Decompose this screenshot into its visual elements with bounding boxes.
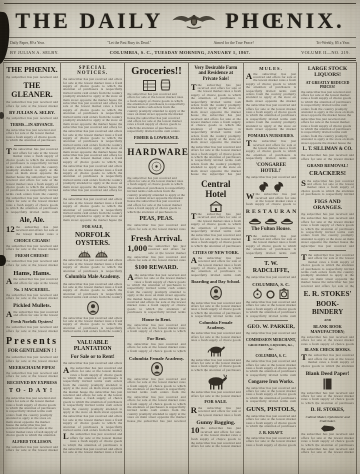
barrel-icon	[160, 79, 171, 91]
body-text: 1,000the subscriber has just received an…	[127, 245, 185, 255]
radcliffe-heading: T. W. RADCLIFFE,	[246, 261, 296, 274]
newspaper-column-2: SPECIAL NOTICES.the subscriber has just …	[61, 63, 125, 474]
for-sale-heading-2: FOR SALE.	[191, 400, 241, 405]
today-heading: TO-DAY!	[6, 388, 58, 395]
drop-cap: S	[301, 180, 306, 187]
body-text: the subscriber has just received and off…	[246, 415, 296, 429]
body-text: the subscriber has just received and off…	[301, 213, 354, 216]
drop-cap: A	[127, 274, 133, 281]
cigars-ad-heading: CHOICE CIGARS!	[6, 239, 58, 244]
body-text: the subscriber has just received and off…	[127, 177, 185, 214]
dh-stokes-heading: D. H. STOKES,	[301, 408, 354, 414]
drop-cap: W	[246, 193, 255, 200]
house-icon	[209, 201, 223, 212]
divider-rule	[254, 320, 288, 321]
stokes-heading: E. R. STOKES'	[301, 290, 354, 298]
body-text: the subscriber has just received and off…	[191, 332, 241, 342]
body-text: 10the subscriber has just received and o…	[191, 427, 241, 441]
body-text: Sthe subscriber has just received and of…	[301, 180, 354, 197]
drop-cap: 1,000	[127, 245, 147, 252]
drop-cap: 10	[191, 427, 200, 434]
drop-cap: T	[191, 213, 197, 220]
radcliffe-city-line: COLUMBIA, S. C.	[246, 282, 296, 287]
figs-oranges-heading: FIGS AND ORANGES.	[301, 199, 354, 212]
newspaper-page: THE DAILY PHŒNIX. Daily Paper, $9 a Year…	[0, 0, 360, 474]
body-text: Tthe subscriber has just received and of…	[191, 84, 241, 145]
manufactory-heading: BLANK BOOK MANUFACTORY;	[301, 325, 354, 334]
body-text: the subscriber has just received and off…	[127, 93, 185, 134]
dish-icon	[249, 217, 261, 225]
iron-works-heading: Congaree Iron Works.	[246, 380, 296, 385]
body-text: the subscriber has just received and off…	[6, 117, 58, 120]
drop-cap: A	[6, 278, 12, 285]
portrait-icon	[210, 286, 222, 300]
ad-illustration-row	[63, 301, 122, 315]
motto-right: Aimed for the True Peace!	[213, 41, 253, 45]
divider-rule	[71, 336, 114, 337]
ad-illustration-row	[246, 181, 296, 192]
plantation-subheading: For Sale or to Rent!	[63, 355, 122, 361]
phoenix-column-heading: THE PHŒNIX.	[6, 66, 58, 74]
body-text: the subscriber has just received and off…	[63, 78, 122, 129]
column-area: THE PHŒNIX.the subscriber has just recei…	[3, 62, 357, 474]
dateline: COLUMBIA, S. C., TUESDAY MORNING, JANUAR…	[110, 50, 251, 55]
pipes-ad-heading: MEERSCHAUM PIPES!	[6, 366, 58, 371]
body-text: the subscriber has just received and off…	[301, 91, 354, 145]
body-text: the subscriber has just received and off…	[6, 101, 58, 108]
body-text: Tthe subscriber has just received and of…	[6, 148, 58, 196]
body-text: the subscriber has just received and off…	[6, 326, 58, 333]
oyster-icon	[78, 249, 91, 258]
body-text: the subscriber has just received and off…	[301, 392, 354, 406]
paper-title-right: PHŒNIX.	[225, 8, 344, 34]
body-text: the subscriber has just received and off…	[301, 448, 354, 455]
body-text: the subscriber has just received and off…	[246, 176, 296, 179]
horse-icon	[207, 344, 225, 357]
body-text: the subscriber has just received and off…	[127, 324, 185, 334]
oysters-ad-heading: Fresh Norfolk Oysters!	[6, 320, 58, 325]
congaree-hotel-heading: 'CONGAREE HOTEL!'	[246, 163, 296, 174]
reward-heading: $100 REWARD.	[127, 265, 185, 272]
body-text: the subscriber has just received and off…	[191, 302, 241, 319]
body-text: Athe subscriber has just received and of…	[6, 311, 58, 318]
mullets-ad-heading: Pickled Mullets.	[6, 303, 58, 309]
male-academy-heading: Columbia Male Academy.	[63, 275, 122, 281]
body-text: the subscriber has just received and off…	[191, 234, 241, 248]
express-heading: RECEIVED BY EXPRESS	[6, 381, 58, 386]
body-text: the subscriber has just received and off…	[6, 446, 58, 453]
groceries-heading: Groceries!!	[127, 66, 185, 78]
ring-icon	[266, 290, 275, 299]
ad-illustration-row	[301, 378, 354, 390]
book-icon	[323, 378, 332, 390]
mackerel-ad-heading: No. 1 MACKEREL.	[6, 288, 58, 293]
commission-merchant-line: COMMISSION MERCHANT,	[246, 338, 296, 342]
newspaper-column-6: LARGE STOCK LIQUORS!AT GREATLY REDUCED P…	[299, 63, 357, 474]
and-line: AND	[301, 319, 354, 323]
body-text: the subscriber has just received and off…	[6, 129, 58, 143]
body-text: the subscriber has just received and off…	[6, 372, 58, 379]
drop-cap: A	[191, 257, 197, 264]
restaurant-heading: RESTAURANT!	[246, 209, 296, 215]
reduced-prices-subheading: AT GREATLY REDUCED PRICES!	[301, 81, 354, 90]
presents-ad-heading: Presents	[6, 336, 58, 347]
eagle-emblem-icon	[171, 11, 217, 31]
fisher-lowrance-signature: FISHER & LOWRANCE.	[127, 136, 185, 140]
body-text: Tthe subscriber has just received and of…	[191, 213, 241, 233]
subscription-daily: Daily Paper, $9 a Year.	[10, 41, 45, 45]
turkey-icon	[273, 181, 284, 192]
drop-cap: T	[6, 148, 12, 155]
body-text: the subscriber has just received and off…	[63, 130, 122, 164]
body-text: the subscriber has just received and off…	[246, 332, 296, 335]
body-text: Lthe subscriber has just received and of…	[63, 433, 122, 447]
body-text: Tthe subscriber has just received and of…	[246, 235, 296, 255]
drop-cap: L	[63, 433, 69, 440]
paper-title-left: THE DAILY	[15, 8, 163, 34]
body-text: Athe subscriber has just received and of…	[246, 73, 296, 104]
dish-icon	[281, 217, 293, 225]
portrait-icon	[151, 362, 163, 376]
body-text: the subscriber has just received and off…	[63, 317, 122, 334]
body-text: the subscriber has just received and off…	[246, 301, 296, 318]
divider-rule	[254, 257, 288, 258]
silliman-signature: L. T. SILLIMAN & CO.	[301, 147, 354, 152]
body-text: the subscriber has just received and off…	[6, 397, 58, 438]
body-text: the subscriber has just received and off…	[63, 415, 122, 432]
mule-icon	[205, 374, 227, 390]
body-text: the subscriber has just received and off…	[301, 217, 354, 248]
central-hotel-heading: Central Hotel	[191, 179, 241, 199]
coffin-icon	[320, 425, 336, 432]
ad-illustration-row	[127, 362, 185, 376]
body-text: the subscriber has just received and off…	[63, 362, 122, 365]
drop-cap: A	[6, 311, 12, 318]
tolleson-signature: ALFRED TOLLESON.	[6, 440, 58, 444]
body-text: Rthe subscriber has just received and of…	[191, 407, 241, 417]
motto-left: "Let the Past Bury its Dead."	[107, 41, 151, 45]
divider-rule	[135, 143, 177, 144]
body-text: the subscriber has just received and off…	[63, 165, 122, 192]
newspaper-column-1: THE PHŒNIX.the subscriber has just recei…	[3, 63, 61, 474]
liquors-heading: LARGE STOCK LIQUORS!	[301, 66, 354, 78]
body-text: Athe subscriber has just received and of…	[63, 367, 122, 415]
drop-cap: 12	[6, 226, 15, 233]
divider-rule	[14, 145, 50, 146]
body-text: the subscriber has just received and off…	[191, 359, 241, 373]
ad-illustration-row	[127, 158, 185, 175]
book-bindery-heading: BOOK-BINDERY	[301, 301, 354, 316]
body-text: the subscriber has just received and off…	[127, 256, 185, 263]
body-text: the subscriber has just received and off…	[246, 276, 296, 279]
house-rent-heading: House to Rent.	[127, 317, 185, 322]
body-text: the subscriber has just received and off…	[127, 378, 185, 395]
oyster-icon	[95, 249, 108, 258]
for-rent-heading: For Rent.	[127, 336, 185, 341]
body-text: the subscriber has just received and off…	[63, 198, 122, 222]
body-text: the subscriber has just received and off…	[246, 104, 296, 131]
masthead-title-row: THE DAILY PHŒNIX.	[4, 5, 356, 37]
body-text: the subscriber has just received and off…	[6, 294, 58, 301]
masthead-sub-row: Daily Paper, $9 a Year. "Let the Past Bu…	[4, 37, 356, 48]
ad-illustration-row	[191, 201, 241, 212]
body-text: 12the subscriber has just received and o…	[6, 226, 58, 236]
mules-heading: MULES.	[246, 66, 296, 71]
newspaper-column-4: Very Desirable Farm and Residence at Pri…	[189, 63, 244, 474]
drop-cap: T	[246, 140, 252, 147]
hams-ad-heading: Hams, Hams.	[6, 270, 58, 277]
body-text: the subscriber has just received and off…	[246, 437, 296, 447]
ad-illustration-row	[301, 425, 354, 432]
fresh-arrival-heading: Fresh Arrival.	[127, 234, 185, 244]
body-text: the subscriber has just received and off…	[63, 259, 122, 273]
peas-heading: PEAS, PEAS.	[127, 216, 185, 222]
drop-cap: T	[301, 254, 307, 261]
body-text: the subscriber has just received and off…	[246, 387, 296, 404]
body-text: Athe subscriber has just received and of…	[6, 278, 58, 285]
body-text: Athe subscriber has just received and of…	[127, 274, 185, 315]
gentlemen-subheading: FOR GENTLEMEN ! !	[6, 349, 58, 354]
female-academy-heading-2: Columbia Female Academy.	[191, 321, 241, 331]
ad-illustration-row	[246, 288, 296, 299]
parker-heading: GEO. W. PARKER,	[246, 324, 296, 330]
day-school-heading: Boarding and Day School.	[191, 280, 241, 285]
new-york-heading: CITIES OF NEW YORK.	[191, 251, 241, 256]
farm-sale-heading: Very Desirable Farm and Residence at Pri…	[191, 66, 241, 82]
female-academy-heading: Columbia Female Academy.	[127, 356, 185, 361]
deed-paper-heading: Blank Deed Paper!	[301, 371, 354, 377]
body-text: the subscriber has just received and off…	[63, 448, 122, 455]
body-text: the subscriber has just received and off…	[6, 76, 58, 79]
volume-number: VOLUME II—NO. 219.	[301, 50, 350, 55]
body-text: Wthe subscriber has just received and of…	[246, 193, 296, 207]
ad-illustration-row	[246, 217, 296, 225]
crate-icon	[143, 80, 156, 91]
drop-cap: A	[246, 73, 252, 80]
body-text: the subscriber has just received and off…	[6, 197, 58, 214]
parker-city-line: COLUMBIA, S. C.	[246, 354, 296, 358]
publisher-byline: BY JULIAN A. SELBY.	[10, 50, 59, 55]
body-text: the subscriber has just received and off…	[63, 283, 122, 300]
drop-cap: R	[191, 407, 197, 414]
hardware-heading: HARDWARE.	[127, 147, 185, 157]
body-text: Tthe subscriber has just received and of…	[301, 254, 354, 288]
subscription-triweekly: Tri-Weekly, $5 a Year.	[316, 41, 350, 45]
body-text: Tthe subscriber has just received and of…	[301, 354, 354, 368]
turkey-icon	[258, 181, 269, 192]
body-text: the subscriber has just received and off…	[6, 356, 58, 363]
undertaker-subheading: Cabinet Maker, Upholsterer and Undertake…	[301, 416, 354, 424]
body-text: the subscriber has just received and off…	[301, 433, 354, 447]
drop-cap: T	[246, 235, 252, 242]
ad-illustration-row	[191, 344, 241, 357]
dish-icon	[265, 217, 277, 225]
body-text: Athe subscriber has just received and of…	[191, 257, 241, 277]
drop-cap: T	[191, 84, 197, 91]
newspaper-column-5: MULES.Athe subscriber has just received …	[244, 63, 299, 474]
body-text: the subscriber has just received and off…	[191, 146, 241, 177]
body-text: the subscriber has just received and off…	[191, 442, 241, 449]
guns-pistols-heading: GUNS, PISTOLS,	[246, 406, 296, 413]
drop-cap: A	[63, 367, 69, 374]
masthead-date-row: BY JULIAN A. SELBY. COLUMBIA, S. C., TUE…	[4, 48, 356, 58]
terms-heading: TERMS—IN ADVANCE.	[6, 123, 58, 127]
portrait-icon	[87, 301, 99, 315]
newspaper-column-3: Groceries!!the subscriber has just recei…	[125, 63, 188, 474]
saw-icon	[148, 158, 165, 175]
clock-icon	[279, 288, 289, 299]
body-text: the subscriber has just received and off…	[246, 360, 296, 377]
body-text: the subscriber has just received and off…	[127, 224, 185, 231]
pomaria-heading: POMARIA NURSERIES.	[246, 134, 296, 139]
drop-cap: T	[301, 354, 307, 361]
norfolk-oysters-heading: NORFOLK OYSTERS.	[63, 232, 122, 248]
body-text: the subscriber has just received and off…	[191, 391, 241, 398]
plantation-heading: VALUABLE PLANTATION	[63, 340, 122, 353]
gunny-bagging-heading: Gunny Bagging.	[191, 420, 241, 426]
body-text: the subscriber has just received and off…	[6, 260, 58, 267]
byline-heading: BY JULIAN A. SELBY.	[6, 110, 58, 115]
kraft-signature: J. B. KRAFT.	[246, 431, 296, 436]
ad-illustration-row	[191, 374, 241, 390]
body-text: the subscriber has just received and off…	[6, 245, 58, 252]
ad-illustration-row	[63, 249, 122, 258]
masthead: THE DAILY PHŒNIX. Daily Paper, $9 a Year…	[4, 3, 356, 61]
check-books-heading: BLANK CHECK BOOKS.	[301, 348, 354, 352]
cheese-ad-heading: FRESH CHEESE!	[6, 254, 58, 259]
fulton-house-heading: The Fulton House.	[246, 227, 296, 233]
special-notices-heading: SPECIAL NOTICES.	[63, 66, 122, 77]
for-sale-heading: FOR SALE,	[63, 225, 122, 229]
gleaner-heading: THE GLEANER.	[6, 82, 58, 100]
groceries-liquors-line: GROCERIES, LIQUORS, &c., &c.	[246, 344, 296, 352]
body-text: the subscriber has just received and off…	[127, 343, 185, 353]
ale-ad-heading: Ale, Ale.	[6, 217, 58, 225]
body-text: Tthe subscriber has just received and of…	[246, 140, 296, 160]
ad-illustration-row	[191, 286, 241, 300]
removal-heading: GRAND REMOVAL!	[301, 164, 354, 169]
body-text: the subscriber has just received and off…	[301, 336, 354, 346]
body-text: the subscriber has just received and off…	[301, 154, 354, 161]
ad-illustration-row	[127, 79, 185, 91]
divider-rule	[309, 250, 346, 251]
body-text: the subscriber has just received and off…	[127, 396, 185, 423]
crackers-heading: CRACKERS!	[301, 171, 354, 178]
watch-icon	[253, 288, 262, 299]
divider-rule	[71, 195, 114, 196]
